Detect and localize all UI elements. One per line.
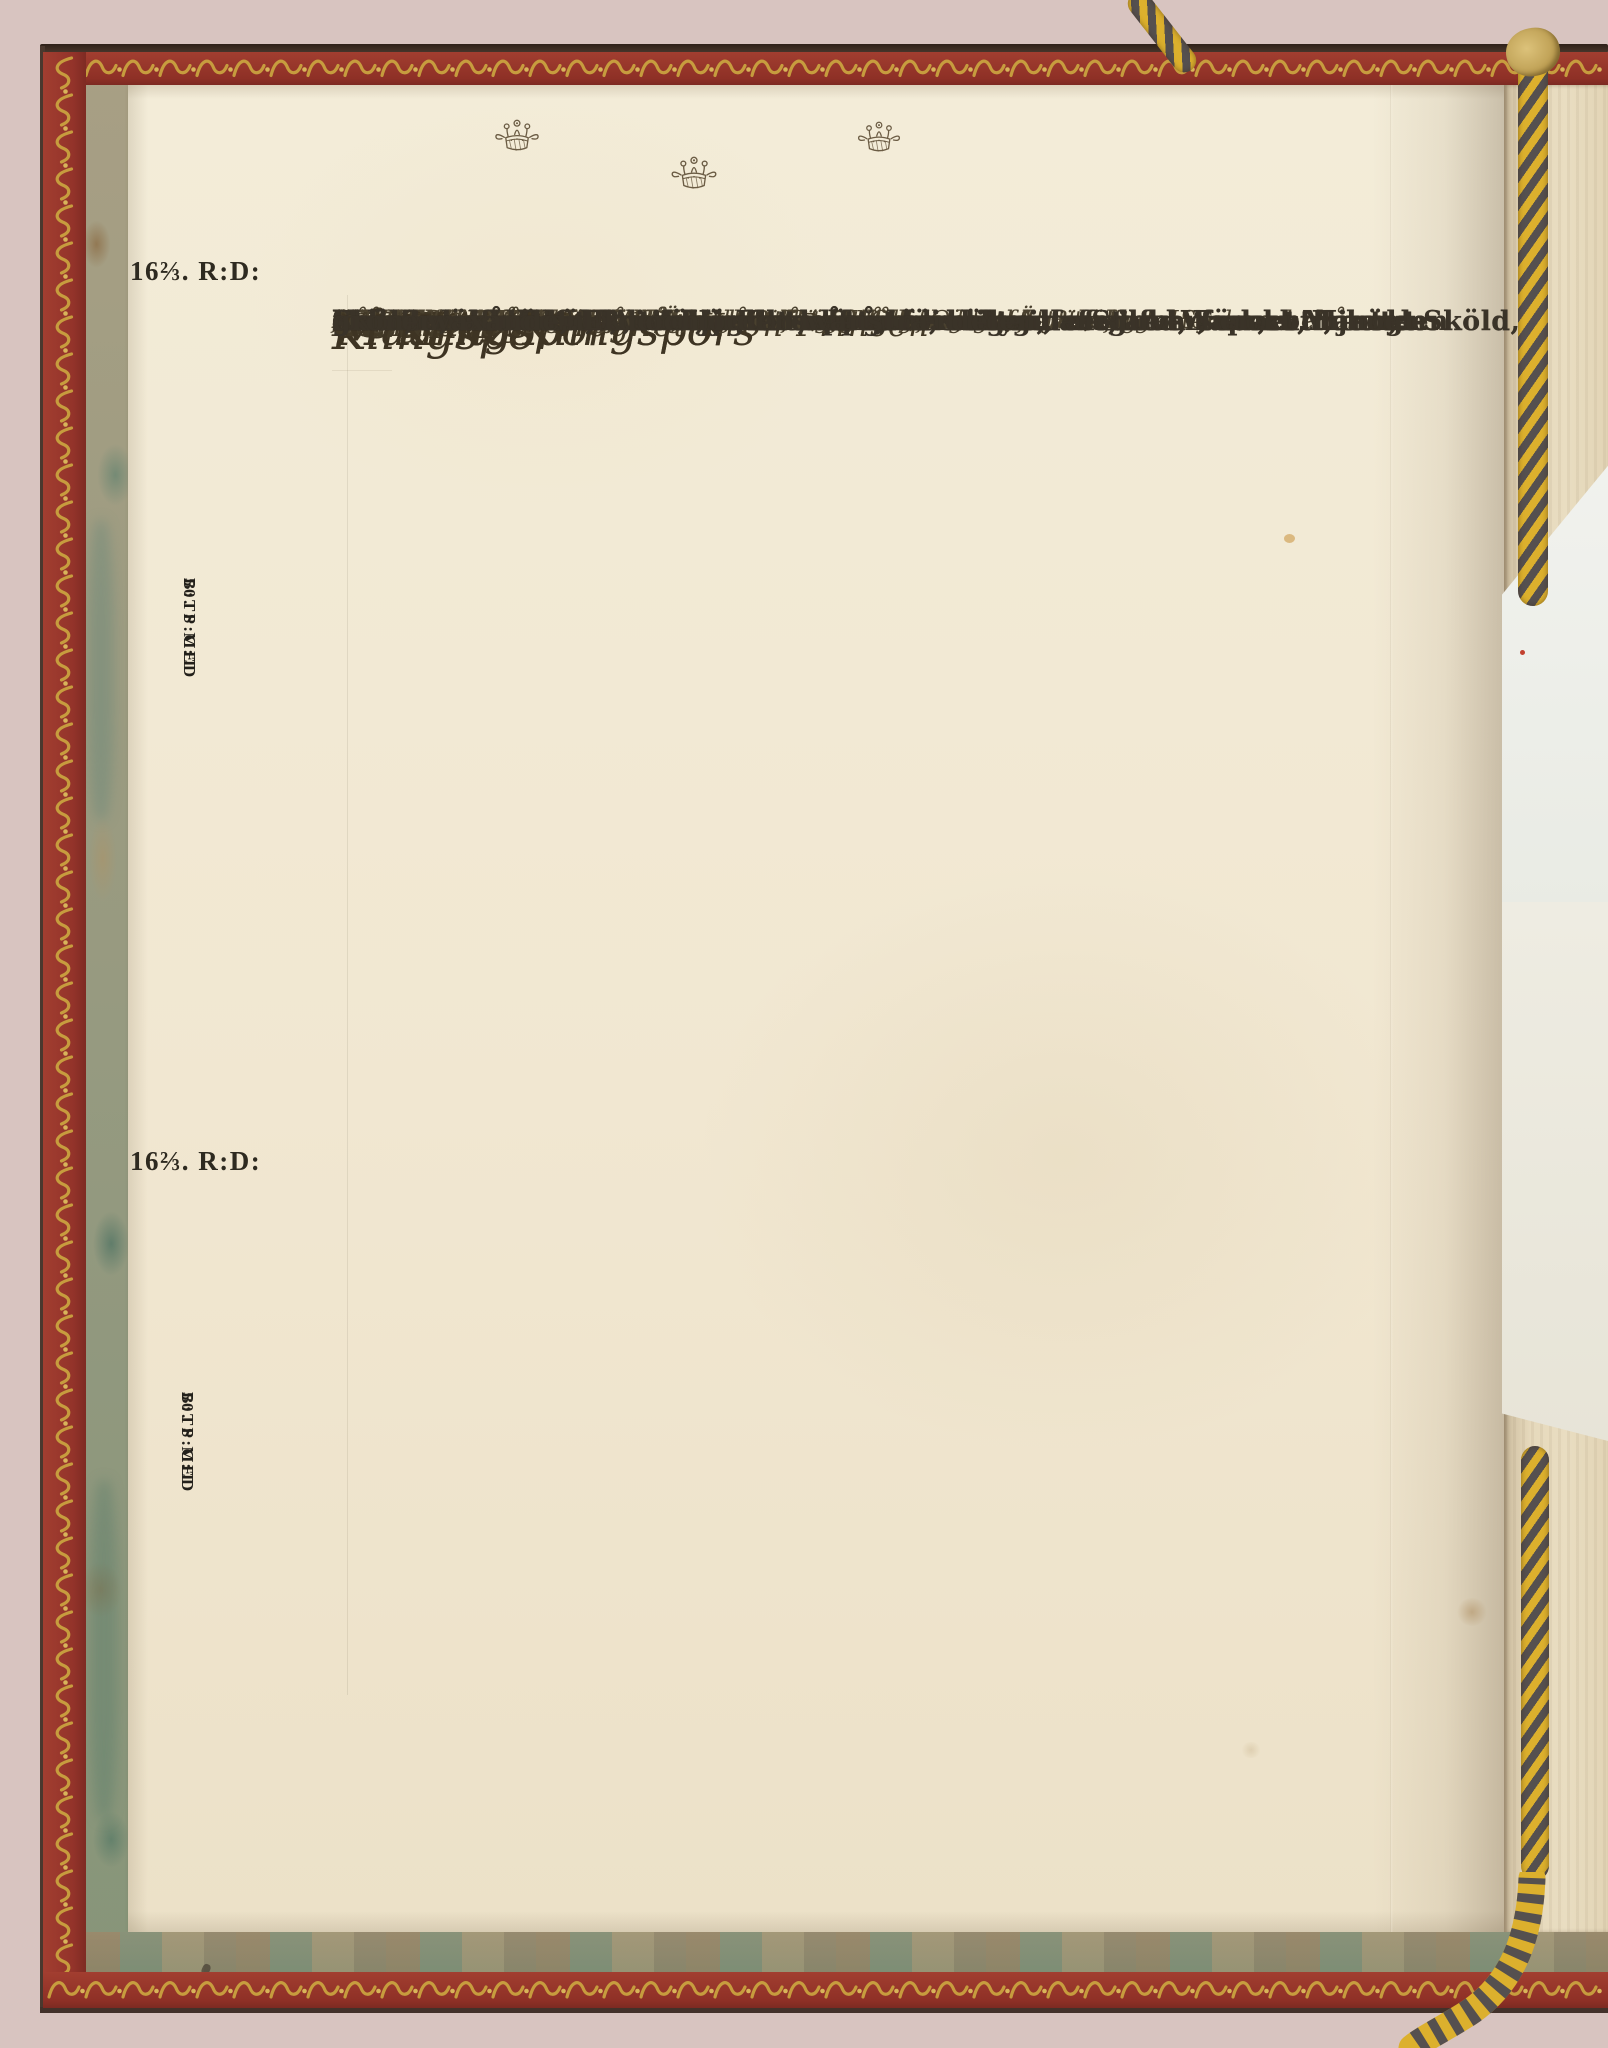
gilt-leather-border-top (43, 52, 1608, 85)
red-speck (1520, 650, 1525, 655)
stamp-surcharge-line: B:TS MED (177, 1392, 198, 1494)
binding-cord-lower (1521, 1446, 1549, 1880)
ink-stain (1284, 534, 1295, 543)
gold-scroll-tooling (43, 52, 1608, 85)
stamp-surcharge: B:TS MED 50. P:C:T (179, 578, 200, 728)
foxing-stain (1240, 1742, 1262, 1758)
tissue-interleaf-lower (1502, 902, 1608, 1452)
page-shadow-top (128, 85, 1504, 99)
page-shadow-left (128, 85, 148, 1933)
manuscript-segment: grön, wäxande, Ek, och i den wänstra, de… (332, 306, 1417, 337)
coronet-crown-icon (487, 112, 547, 156)
revenue-fee-note: 16⅔. R:D: (130, 1146, 261, 1177)
manuscript-scan: 16⅔. R:D: Beronius B:TS MED 50. P:C:T 16… (0, 0, 1608, 2048)
gold-scroll-tooling (43, 1972, 1608, 2008)
gilt-leather-border-bottom (43, 1972, 1608, 2008)
gilt-leather-border-left (43, 52, 86, 2008)
foxing-stain (1456, 1598, 1488, 1626)
page-shadow-bottom (128, 1911, 1504, 1933)
marbled-paper-band-bottom (86, 1932, 1608, 1974)
coronet-crown-icon (663, 149, 725, 194)
page-crease-line (1390, 85, 1393, 1933)
marble-smudge (88, 520, 114, 820)
coronet-crown-icon (850, 114, 908, 157)
stamp-surcharge: B:TS MED 50. P:C:T (177, 1392, 198, 1542)
revenue-fee-note: 16⅔. R:D: (130, 256, 261, 287)
margin-rule-line (347, 295, 348, 1695)
binding-cord-upper (1518, 44, 1548, 606)
marble-smudge (90, 1480, 118, 1820)
binding-cord-tail (1390, 1872, 1608, 2048)
stamp-surcharge-line: B:TS MED (179, 578, 200, 680)
gold-scroll-tooling (43, 52, 86, 2008)
